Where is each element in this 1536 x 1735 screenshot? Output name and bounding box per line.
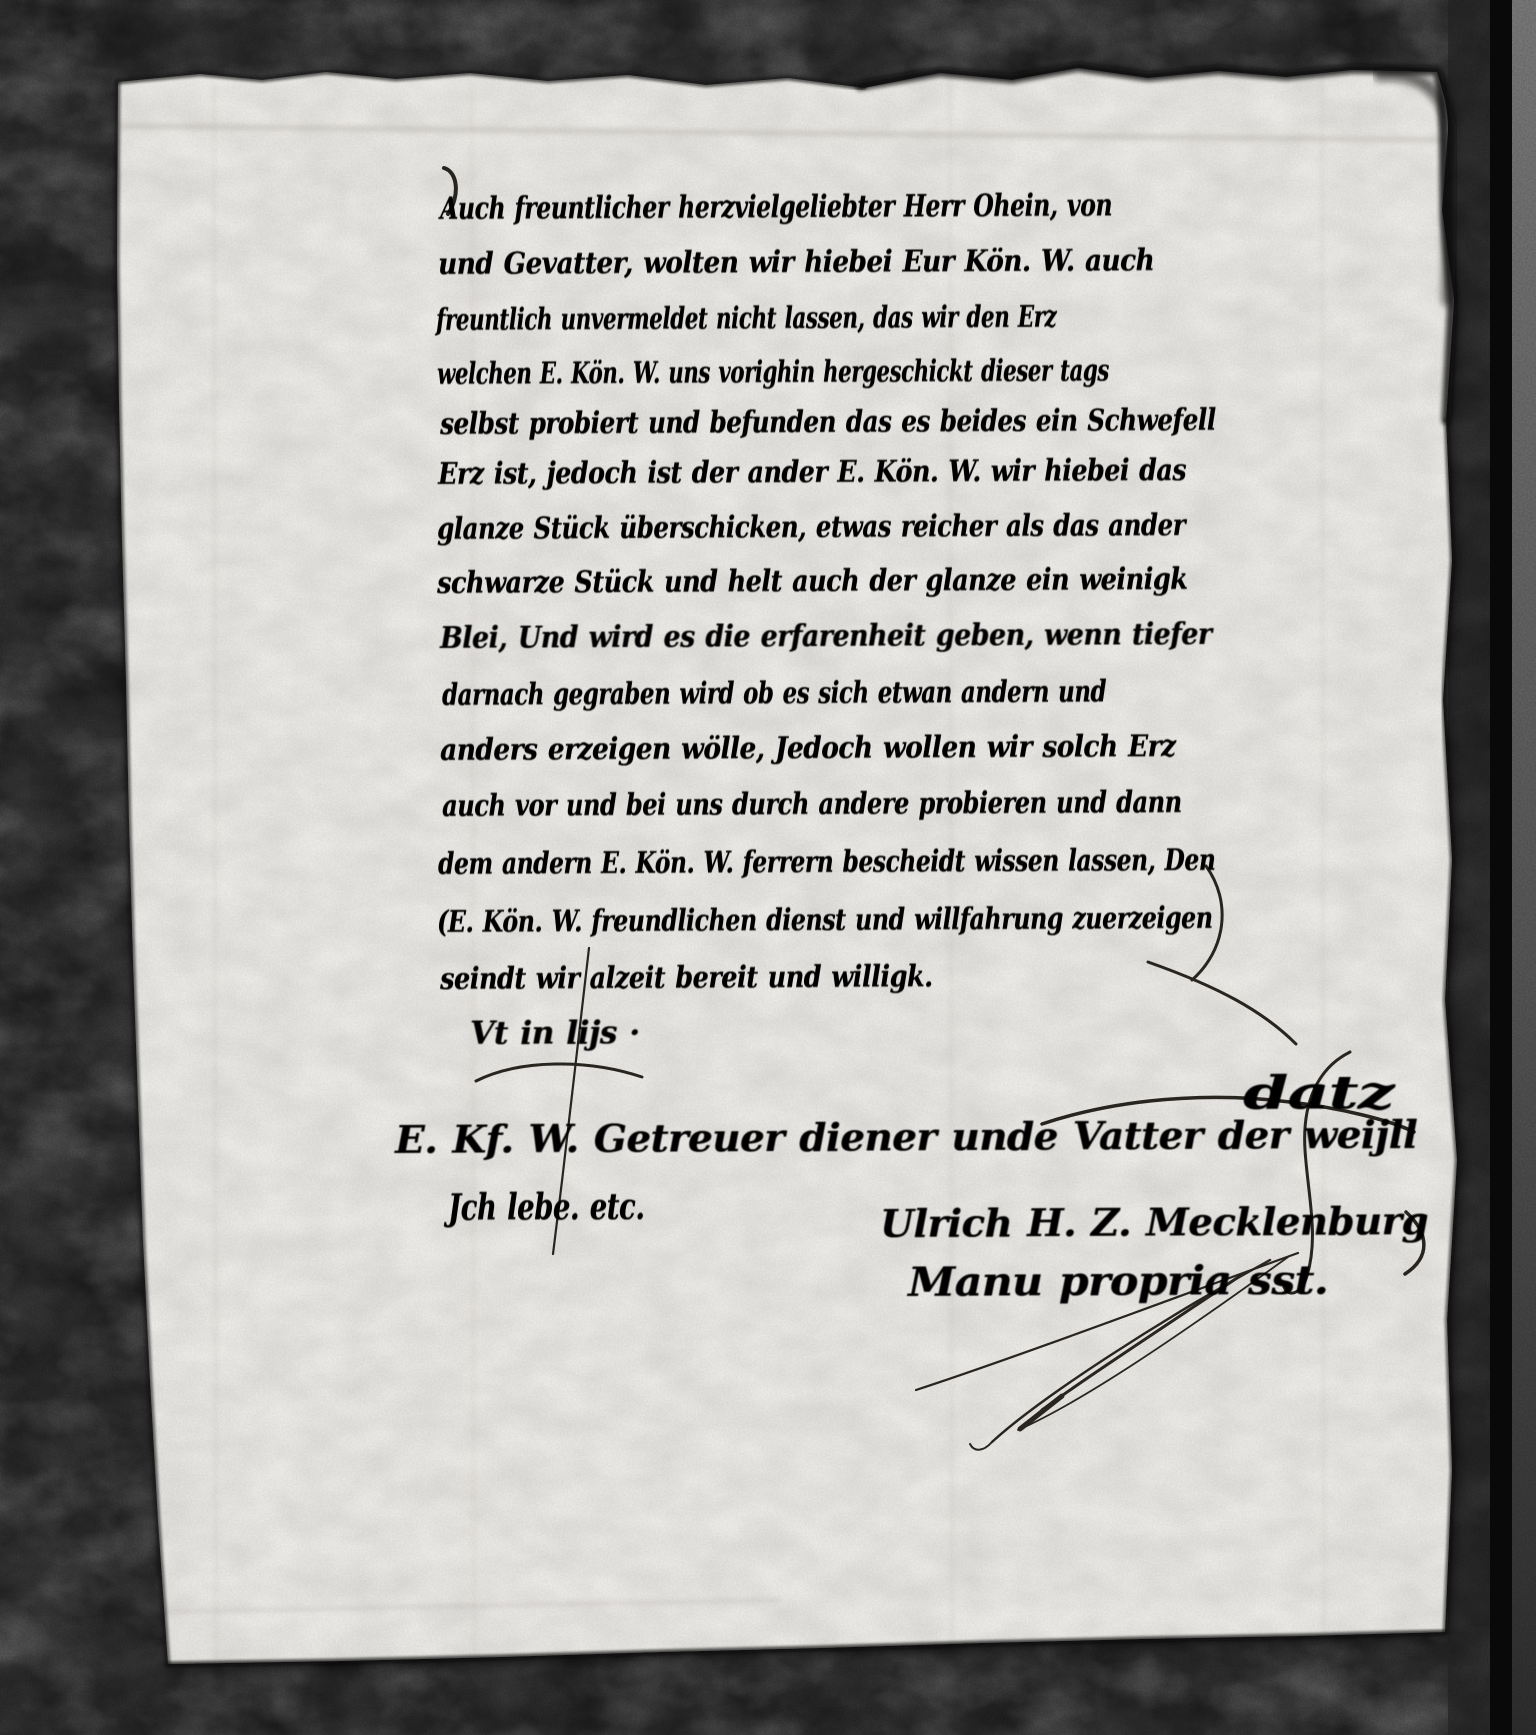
handwriting-line-body: und Gevatter, wolten wir hiebei Eur Kön.… [438,247,1154,281]
handwriting-line-valediction: E. Kf. W. Getreuer diener unde Vatter de… [395,1115,1417,1158]
handwriting-line-body: glanze Stück überschicken, etwas reicher… [437,511,1185,545]
handwriting-line-body: seindt wir alzeit bereit und willigk. [440,963,933,996]
handwriting-line-body: Erz ist, jedoch ist der ander E. Kön. W.… [438,456,1186,490]
handwriting-line-body: Vt in lijs · [470,1016,640,1049]
handwriting-line-body: welchen E. Kön. W. uns vorighin hergesch… [437,357,1109,391]
handwriting-layer: Auch freuntlicher herzvielgeliebter Herr… [0,0,1536,1735]
handwriting-line-date: datz [1243,1069,1394,1116]
handwriting-line-signature: Manu propria sst. [908,1261,1328,1303]
handwriting-line-body: schwarze Stück und helt auch der glanze … [437,565,1187,599]
handwriting-line-body: freuntlich unvermeldet nicht lassen, das… [436,303,1056,336]
handwriting-line-body: Auch freuntlicher herzvielgeliebter Herr… [440,190,1112,225]
manuscript-scan: Auch freuntlicher herzvielgeliebter Herr… [0,0,1536,1735]
handwriting-line-valediction: Jch lebe. etc. [448,1189,645,1226]
handwriting-line-body: dem andern E. Kön. W. ferrern bescheidt … [438,846,1215,880]
handwriting-line-body: anders erzeigen wölle, Jedoch wollen wir… [440,733,1176,767]
handwriting-line-body: darnach gegraben wird ob es sich etwan a… [442,678,1106,711]
handwriting-line-body: Blei, Und wird es die erfarenheit geben,… [440,620,1212,654]
handwriting-line-body: selbst probiert und befunden das es beid… [440,406,1216,440]
handwriting-line-body: (E. Kön. W. freundlichen dienst und will… [437,904,1213,938]
handwriting-line-signature: Ulrich H. Z. Mecklenburg [880,1202,1428,1243]
handwriting-line-body: auch vor und bei uns durch andere probie… [442,789,1182,823]
